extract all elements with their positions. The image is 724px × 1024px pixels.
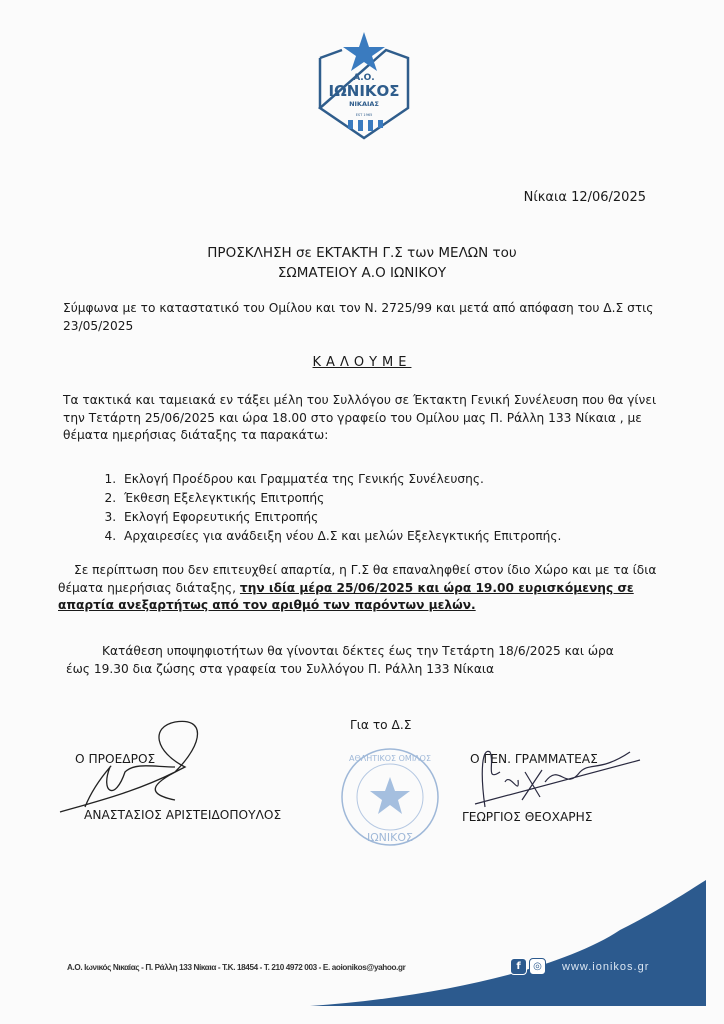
document-title: ΠΡΟΣΚΛΗΣΗ σε ΕΚΤΑΚΤΗ Γ.Σ των ΜΕΛΩΝ του Σ… (0, 243, 724, 283)
instagram-icon[interactable]: ◎ (529, 958, 546, 975)
stamp-star-icon: ΑΘΛΗΤΙΚΟΣ ΟΜΙΛΟΣ ΙΩΝΙΚΟΣ (338, 745, 443, 850)
club-logo: Α.Ο. ΙΩΝΙΚΟΣ ΝΙΚΑΙΑΣ EST 1965 (312, 20, 416, 150)
agenda-item: Εκλογή Προέδρου και Γραμματέα της Γενική… (120, 470, 561, 489)
title-line-2: ΣΩΜΑΤΕΙΟΥ Α.Ο ΙΩΝΙΚΟΥ (0, 263, 724, 283)
footer-wave-icon (0, 880, 724, 1024)
candidacy-line-1: Κατάθεση υποψηφιοτήτων θα γίνονται δέκτε… (66, 643, 676, 661)
svg-text:ΑΘΛΗΤΙΚΟΣ ΟΜΙΛΟΣ: ΑΘΛΗΤΙΚΟΣ ΟΜΙΛΟΣ (349, 754, 431, 763)
candidacy-paragraph: Κατάθεση υποψηφιοτήτων θα γίνονται δέκτε… (66, 643, 676, 678)
document-date: Νίκαια 12/06/2025 (524, 190, 646, 205)
title-line-1: ΠΡΟΣΚΛΗΣΗ σε ΕΚΤΑΚΤΗ Γ.Σ των ΜΕΛΩΝ του (0, 243, 724, 263)
agenda-item: Έκθεση Εξελεγκτικής Επιτροπής (120, 489, 561, 508)
candidacy-line-2: έως 19.30 δια ζώσης στα γραφεία του Συλλ… (66, 661, 676, 679)
agenda-item: Αρχαιρεσίες για ανάδειξη νέου Δ.Σ και με… (120, 527, 561, 546)
secretary-name: ΓΕΩΡΓΙΟΣ ΘΕΟΧΑΡΗΣ (462, 810, 593, 824)
svg-text:EST 1965: EST 1965 (356, 113, 373, 117)
svg-text:ΝΙΚΑΙΑΣ: ΝΙΚΑΙΑΣ (349, 100, 379, 108)
body-paragraph: Τα τακτικά και ταμειακά εν τάξει μέλη το… (63, 392, 661, 445)
board-label: Για το Δ.Σ (350, 718, 411, 732)
star-shield-logo-icon: Α.Ο. ΙΩΝΙΚΟΣ ΝΙΚΑΙΑΣ EST 1965 (312, 20, 416, 150)
facebook-icon[interactable]: f (510, 958, 527, 975)
agenda-item: Εκλογή Εφορευτικής Επιτροπής (120, 508, 561, 527)
club-stamp: ΑΘΛΗΤΙΚΟΣ ΟΜΙΛΟΣ ΙΩΝΙΚΟΣ (338, 745, 443, 850)
kaloume-heading: ΚΑΛΟΥΜΕ (0, 355, 724, 370)
secretary-signature-icon (470, 742, 650, 812)
quorum-paragraph: Σε περίπτωση που δεν επιτευχθεί απαρτία,… (58, 562, 668, 615)
intro-paragraph: Σύμφωνα με το καταστατικό του Ομίλου και… (63, 300, 661, 335)
svg-text:ΙΩΝΙΚΟΣ: ΙΩΝΙΚΟΣ (328, 82, 399, 100)
svg-text:ΙΩΝΙΚΟΣ: ΙΩΝΙΚΟΣ (367, 831, 413, 844)
president-signature-icon (55, 712, 215, 822)
footer-contact: Α.Ο. Ιωνικός Νικαίας - Π. Ράλλη 133 Νίκα… (67, 962, 405, 972)
website-link[interactable]: www.ionikos.gr (562, 961, 649, 973)
social-icons: f ◎ (510, 958, 546, 974)
agenda-list: Εκλογή Προέδρου και Γραμματέα της Γενική… (100, 470, 561, 546)
